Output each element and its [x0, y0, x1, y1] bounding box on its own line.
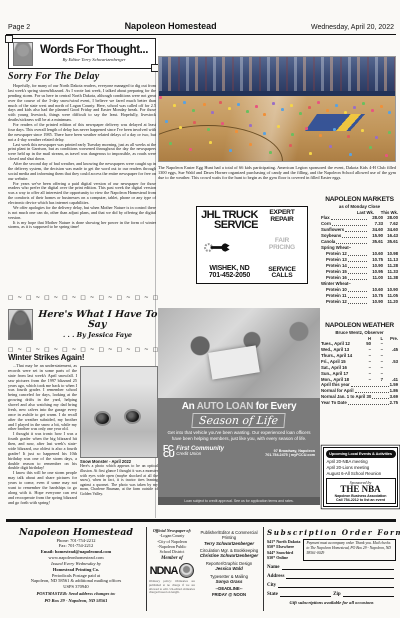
article-title-winter: Winter Strikes Again!: [8, 353, 84, 362]
this-week-price: 11.20: [383, 299, 398, 305]
address-label: Address: [267, 574, 284, 579]
form-row-state-zip: State Zip: [267, 592, 396, 597]
subscription-prices: $41* North Dakota $50* Elsewhere $44* Sn…: [267, 539, 300, 561]
staff-name: Jessica Wald: [198, 566, 260, 572]
zip-label: Zip: [333, 592, 341, 597]
ndna-logo: NDNA: [150, 564, 178, 578]
staff-name: Terry Schwartzenberger: [198, 541, 260, 547]
col-precip: Pre.: [383, 336, 398, 341]
masthead: Napoleon Homestead Phone: 701-754-2212 F…: [8, 528, 144, 604]
event-item: April 20-Lions meeting: [327, 465, 396, 470]
leader-dots: [348, 303, 367, 304]
this-week-price: 11.38: [383, 275, 398, 281]
paragraph: We offer apologies for the delivery dela…: [8, 206, 156, 221]
official-item: School District: [149, 549, 195, 554]
sponsor-call: Call 754-2212 to list an event: [327, 498, 395, 502]
state-label: State: [267, 592, 278, 597]
precip: .45: [383, 347, 398, 353]
postmaster-address: PO Box 29 - Napoleon, ND 58561: [8, 598, 144, 604]
gift-note: Gift subscriptions available for all occ…: [267, 600, 396, 605]
leader-dots: [348, 261, 367, 262]
summary-value: 2.75: [390, 400, 398, 406]
gym-floor: [159, 96, 395, 162]
last-week-price: 35.61: [368, 239, 383, 245]
events-header: Upcoming Local Events & Activities: [326, 450, 396, 458]
fccu-phone-web: 701.754.2475 | myFCCU.com: [265, 453, 315, 458]
weather-title: NAPOLEON WEATHER: [321, 322, 398, 329]
tire-eye-icon: [124, 409, 141, 424]
market-row: Protein 1611.0011.38: [321, 275, 398, 281]
name-blank-line: [282, 565, 395, 570]
col-low: L: [371, 336, 383, 341]
leader-dots: [355, 392, 389, 393]
masthead-title: Napoleon Homestead: [8, 528, 144, 538]
heres-what-box: Here's What I Have To Say . . . By Jessi…: [8, 303, 158, 345]
leader-dots: [336, 243, 367, 244]
kids-in-car-photo: [158, 308, 320, 398]
article-body-sorry: Hopefully, for many of our North Dakota …: [8, 84, 156, 292]
form-row-name: Name: [267, 565, 396, 570]
court-logo: [305, 114, 379, 131]
snow-monster-caption: Snow Monster - April 2022 Here's a photo…: [80, 460, 158, 497]
newspaper-title: Napoleon Homestead: [125, 21, 217, 31]
wrench-gear-icon: [203, 242, 233, 253]
headline-an: An: [182, 401, 195, 412]
event-item: August 6-All School Reunion: [327, 471, 396, 476]
press-seal-icon: [179, 563, 194, 578]
jhl-bullet-fair-pricing: FAIR PRICING: [261, 238, 303, 251]
egg-hunt-photo: [158, 56, 396, 162]
leader-dots: [332, 225, 367, 226]
zip-blank-line: [343, 592, 394, 597]
leader-dots: [348, 291, 367, 292]
page-date: Wednesday, April 20, 2022: [311, 24, 394, 31]
footer-divider: [263, 527, 264, 611]
col-high: H: [359, 336, 371, 341]
footer-divider: [146, 527, 147, 611]
commodity: Protein 16: [326, 275, 347, 281]
page-number: Page 2: [8, 24, 30, 31]
weather-observer: Bruce Wentz, Observer: [321, 330, 398, 335]
official-newspaper-box: Official Newspaper of: -Logan County -Ci…: [149, 528, 195, 595]
auto-ad-disclaimer: Loan subject to credit approval. See us …: [158, 497, 320, 505]
auto-ad-headline: An AUTO LOAN for Every: [158, 401, 320, 412]
fccu-cu: CU: [163, 451, 174, 458]
article-title-sorry: Sorry For The Delay: [8, 71, 100, 82]
subscription-title: Subscription Order Form: [267, 528, 396, 537]
snow-monster-figure: Snow Monster - April 2022 Here's a photo…: [80, 366, 158, 497]
easter-eggs: [159, 96, 162, 99]
leader-dots: [348, 297, 367, 298]
commodity: Protein 12: [326, 299, 347, 305]
market-row: Protein 1210.9011.20: [321, 299, 398, 305]
summary-label: Year To Date: [321, 400, 347, 406]
form-row-address: Address: [267, 574, 396, 579]
col-this-week: This Wk.: [374, 210, 398, 215]
paragraph: After the second day of bad weather, and…: [8, 162, 156, 182]
editor-photo: [13, 42, 33, 66]
market-row: Canola35.6135.61: [321, 239, 398, 245]
leader-dots: [372, 398, 388, 399]
leader-dots: [331, 219, 367, 220]
tire-eye-icon: [94, 411, 111, 426]
name-label: Name: [267, 565, 280, 570]
form-row-city: City: [267, 583, 396, 588]
deadline-value: FRIDAY @ NOON: [198, 592, 260, 597]
sponsor-subname: Napoleon Business Association: [327, 494, 395, 498]
decorative-divider: □ ~ □ ~ □ ~ □ ~ □ ~ □ ~ □ ~ □ ~ □ ~ □ ~: [8, 295, 158, 301]
snow-monster-photo: [80, 366, 158, 458]
fccu-subname: Credit Union: [176, 452, 224, 457]
jhl-location: WISHEK, ND: [201, 265, 258, 273]
last-week-price: 11.00: [368, 275, 383, 281]
weather-summary-row: Year To Date2.75: [321, 400, 398, 406]
headline-auto-loan: AUTO LOAN: [197, 401, 254, 412]
column-title: Words For Thought...: [37, 45, 151, 57]
auto-ad-body: Get into that vehicle you've been wantin…: [158, 428, 320, 442]
napoleon-weather: NAPOLEON WEATHER Bruce Wentz, Observer H…: [321, 322, 398, 406]
paragraph: Last week this newspaper was printed ear…: [8, 143, 156, 163]
headline-for-every: for Every: [256, 401, 297, 412]
caption-text: Here's a photo which appears to be an op…: [80, 464, 158, 496]
event-item: April 20-NBA meeting: [327, 459, 396, 464]
fccu-logo: FC CU First Community Credit Union: [163, 445, 224, 459]
address-blank-line: [286, 574, 394, 579]
city-label: City: [267, 583, 276, 588]
city-blank-line: [278, 583, 394, 588]
fccu-contact: 97 Broadway, Napoleon 701.754.2475 | myF…: [265, 449, 315, 459]
masthead-line: USPS 370940: [8, 584, 144, 590]
col-last-week: Last Wk.: [350, 210, 374, 215]
obituary-policy-note: Obituary policy: Obituaries are publishe…: [149, 580, 195, 595]
auto-loan-ad: An AUTO LOAN for Every Season of Life Ge…: [158, 308, 320, 505]
crowd-area: [159, 57, 395, 91]
column-byline: By Editor Terry Schwartzenberger: [37, 57, 151, 62]
header-rule: [6, 34, 396, 35]
jhl-name: JHL TRUCK SERVICE: [201, 210, 258, 230]
leader-dots: [348, 279, 367, 280]
last-week-price: 10.90: [368, 299, 383, 305]
napoleon-markets: NAPOLEON MARKETS as of Monday Close Last…: [321, 196, 398, 305]
payment-note: Payment must accompany order. Thank you.…: [303, 539, 396, 561]
leader-dots: [348, 404, 389, 405]
leader-dots: [348, 273, 367, 274]
paragraph: For readers of the printed edition of th…: [8, 123, 156, 143]
words-for-thought-box: Words For Thought... By Editor Terry Sch…: [8, 38, 156, 69]
fccu-monogram: FC CU: [163, 445, 174, 459]
map-prop: [208, 346, 260, 380]
subscription-form: Subscription Order Form $41* North Dakot…: [267, 528, 396, 605]
jhl-name-line2: SERVICE: [201, 220, 258, 230]
precip: .53: [383, 359, 398, 365]
leader-dots: [342, 237, 367, 238]
staff-role: Publisher/Editor & Commercial Printing: [198, 530, 260, 541]
jhl-bullet-service-calls: SERVICE CALLS: [261, 267, 303, 280]
staff-name: Sonya Grass: [198, 579, 260, 585]
column-title: Here's What I Have To Say: [36, 310, 158, 329]
jhl-phone: 701-452-2050: [201, 272, 258, 280]
price-item: $30* Online: [267, 555, 300, 561]
paragraph: It is my hope that Mother Nature is done…: [8, 221, 156, 231]
weather-column-headers: H L Pre.: [321, 336, 398, 341]
staff-name: Christine Schwartzenberger: [198, 553, 260, 559]
high: –: [359, 377, 371, 383]
member-of: Member of: [149, 556, 195, 562]
sponsor-name: THE NBA: [327, 485, 395, 494]
state-blank-line: [280, 592, 331, 597]
paragraph: Hopefully, for many of our North Dakota …: [8, 84, 156, 123]
column-byline: . . . By Jessica Faye: [37, 331, 158, 339]
leader-dots: [348, 255, 367, 256]
jhl-truck-service-ad: JHL TRUCK SERVICE WISHEK, ND 701-452-205…: [196, 206, 308, 284]
footer-rule: [6, 519, 396, 522]
jessica-photo: [8, 309, 33, 340]
staff-box: Publisher/Editor & Commercial Printing T…: [198, 528, 260, 597]
markets-title: NAPOLEON MARKETS: [321, 196, 398, 203]
postmaster-line: POSTMASTER: Send address changes to:: [8, 591, 144, 597]
this-week-price: 35.61: [383, 239, 398, 245]
events-sponsor-box: Sponsored by THE NBA Napoleon Business A…: [326, 478, 396, 505]
paragraph: For years we've been offering a paid dig…: [8, 182, 156, 206]
leader-dots: [351, 386, 389, 387]
article-body-winter: Snow Monster - April 2022 Here's a photo…: [8, 364, 158, 520]
leader-dots: [345, 231, 367, 232]
egg-hunt-caption: The Napoleon Easter Egg Hunt had a total…: [158, 165, 396, 180]
upcoming-events-box: Upcoming Local Events & Activities April…: [323, 447, 398, 507]
markets-column-headers: Last Wk. This Wk.: [321, 210, 398, 215]
low: 7: [371, 377, 383, 383]
page-header: Page 2 Napoleon Homestead Wednesday, Apr…: [8, 21, 394, 31]
leader-dots: [348, 267, 367, 268]
markets-subtitle: as of Monday Close: [321, 204, 398, 209]
auto-ad-season-of-life: Season of Life: [192, 413, 286, 428]
commodity: Canola: [321, 239, 335, 245]
jhl-bullet-expert-repair: EXPERT REPAIR: [261, 210, 303, 223]
